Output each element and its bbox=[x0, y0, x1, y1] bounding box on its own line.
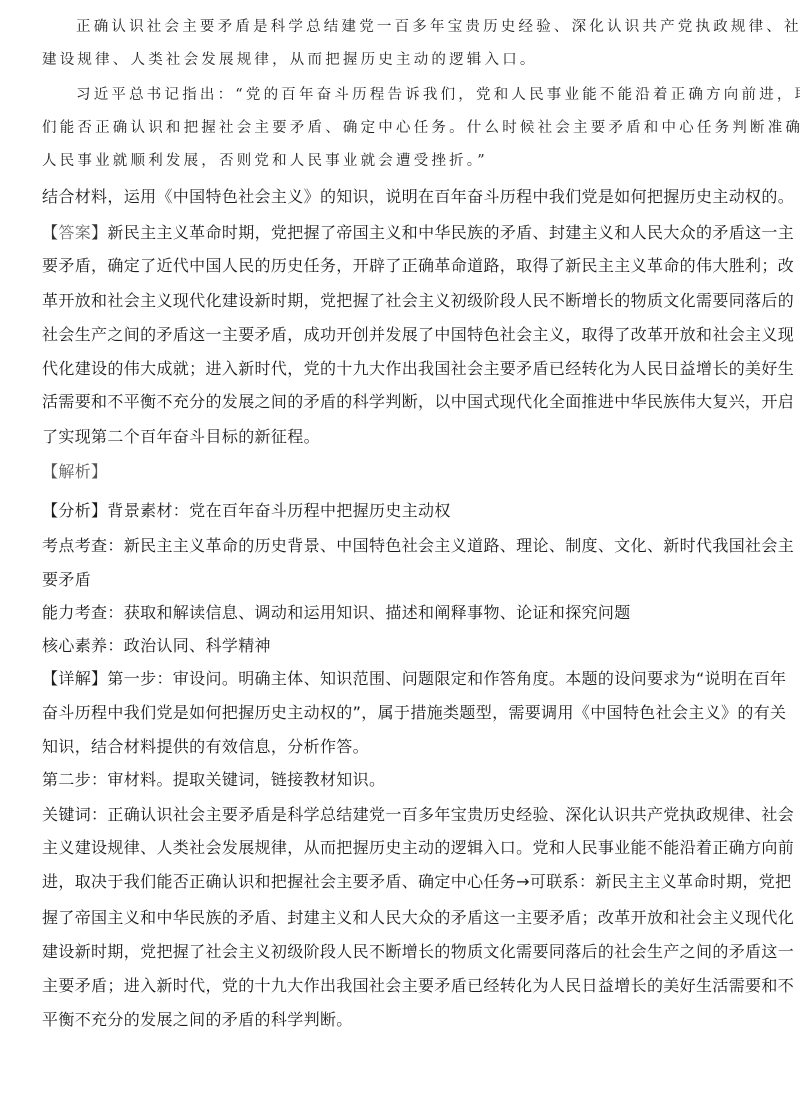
question-text: 结合材料，运用《中国特色社会主义》的知识，说明在百年奋斗历程中我们党是如何把握历… bbox=[42, 187, 794, 207]
keywords-line6: 主要矛盾；进入新时代，党的十九大作出我国社会主要矛盾已经转化为人民日益增长的美好… bbox=[42, 976, 794, 996]
keywords-line4: 握了帝国主义和中华民族的矛盾、封建主义和人民大众的矛盾这一主要矛盾；改革开放和社… bbox=[42, 908, 794, 928]
analysis-heading: 【解析】 bbox=[42, 462, 107, 482]
keywords-line3: 进，取决于我们能否正确认识和把握社会主要矛盾、确定中心任务→可联系：新民主主义革… bbox=[42, 872, 792, 892]
material-paragraph2-line3: 人民事业就顺利发展，否则党和人民事业就会遭受挫折。” bbox=[42, 151, 488, 171]
answer-line7: 了实现第二个百年奋斗目标的新征程。 bbox=[42, 427, 320, 447]
detail-step1-text: 第一步：审设问。明确主体、知识范围、问题限定和作答角度。本题的设问要求为“说明在… bbox=[107, 669, 786, 688]
answer-line4: 社会生产之间的矛盾这一主要矛盾，成功开创并发展了中国特色社会主义，取得了改革开放… bbox=[42, 325, 794, 345]
answer-line6: 活需要和不平衡不充分的发展之间的矛盾的科学判断，以中国式现代化全面推进中华民族伟… bbox=[42, 392, 794, 412]
nengli-line: 能力考查：获取和解读信息、调动和运用知识、描述和阐释事物、论证和探究问题 bbox=[42, 603, 631, 623]
fenxi-line: 【分析】背景素材：党在百年奋斗历程中把握历史主动权 bbox=[42, 501, 451, 521]
answer-label: 【答案】 bbox=[42, 223, 107, 242]
detail-line2: 奋斗历程中我们党是如何把握历史主动权的”，属于措施类题型，需要调用《中国特色社会… bbox=[42, 703, 786, 723]
material-paragraph1-line1: 正确认识社会主要矛盾是科学总结建党一百多年宝贵历史经验、深化认识共产党执政规律、… bbox=[76, 17, 800, 37]
bracket-open: 【 bbox=[42, 223, 58, 242]
answer-text: 新民主主义革命时期，党把握了帝国主义和中华民族的矛盾、封建主义和人民大众的矛盾这… bbox=[107, 223, 794, 242]
detail-step2: 第二步：审材料。提取关键词，链接教材知识。 bbox=[42, 770, 385, 790]
detail-line3: 知识，结合材料提供的有效信息，分析作答。 bbox=[42, 737, 369, 757]
answer-line3: 革开放和社会主义现代化建设新时期，党把握了社会主义初级阶段人民不断增长的物质文化… bbox=[42, 291, 794, 311]
answer-line5: 代化建设的伟大成就；进入新时代，党的十九大作出我国社会主要矛盾已经转化为人民日益… bbox=[42, 359, 794, 379]
answer-line2: 要矛盾，确定了近代中国人民的历史任务，开辟了正确革命道路，取得了新民主主义革命的… bbox=[42, 256, 794, 276]
keywords-line7: 平衡不充分的发展之间的矛盾的科学判断。 bbox=[42, 1010, 353, 1030]
material-paragraph2-line1: 习近平总书记指出：“党的百年奋斗历程告诉我们，党和人民事业能不能沿着正确方向前进… bbox=[76, 85, 800, 105]
answer-line1: 【答案】新民主主义革命时期，党把握了帝国主义和中华民族的矛盾、封建主义和人民大众… bbox=[42, 223, 794, 243]
material-paragraph2-line2: 们能否正确认识和把握社会主要矛盾、确定中心任务。什么时候社会主要矛盾和中心任务判… bbox=[42, 118, 800, 138]
bracket-close: 】 bbox=[91, 223, 107, 242]
suyang-line: 核心素养：政治认同、科学精神 bbox=[42, 636, 271, 656]
keywords-line1: 关键词：正确认识社会主要矛盾是科学总结建党一百多年宝贵历史经验、深化认识共产党执… bbox=[42, 805, 794, 825]
keywords-line2: 主义建设规律、人类社会发展规律，从而把握历史主动的逻辑入口。党和人民事业能不能沿… bbox=[42, 838, 794, 858]
keywords-line5: 建设新时期，党把握了社会主义初级阶段人民不断增长的物质文化需要同落后的社会生产之… bbox=[42, 942, 794, 962]
kaodian-line2: 要矛盾 bbox=[42, 570, 91, 590]
fenxi-label: 【分析】 bbox=[42, 501, 107, 520]
fenxi-text: 背景素材：党在百年奋斗历程中把握历史主动权 bbox=[107, 501, 450, 520]
answer-label-text: 答案 bbox=[58, 223, 91, 242]
detail-line1: 【详解】第一步：审设问。明确主体、知识范围、问题限定和作答角度。本题的设问要求为… bbox=[42, 669, 786, 689]
material-paragraph1-line2: 建设规律、人类社会发展规律，从而把握历史主动的逻辑入口。 bbox=[42, 50, 538, 70]
detail-label: 【详解】 bbox=[42, 669, 107, 688]
kaodian-line1: 考点考查：新民主主义革命的历史背景、中国特色社会主义道路、理论、制度、文化、新时… bbox=[42, 536, 794, 556]
